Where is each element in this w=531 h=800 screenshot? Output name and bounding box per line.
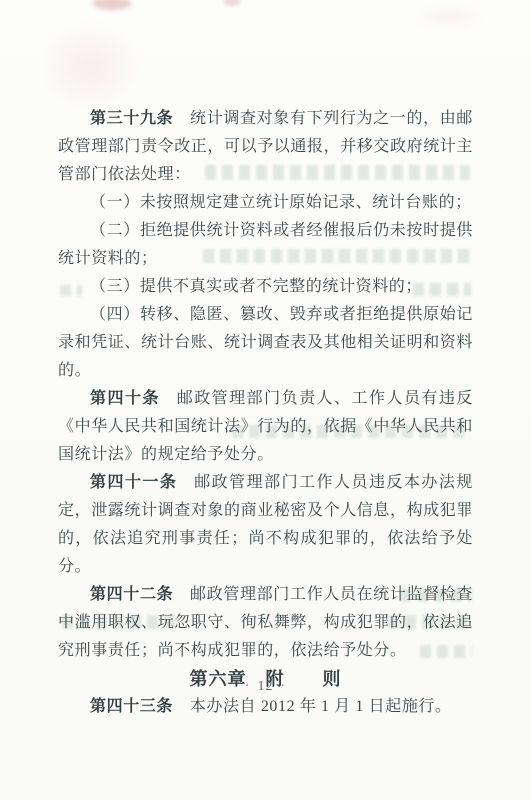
document-text-block: 第三十九条统计调查对象有下列行为之一的，由邮政管理部门责令改正，可以予以通报，并… xyxy=(58,105,473,721)
scan-smudge xyxy=(415,4,483,30)
article-43-text: 本办法自 2012 年 1 月 1 日起施行。 xyxy=(190,698,452,715)
scan-smudge xyxy=(93,0,131,10)
scanned-document-page: 第三十九条统计调查对象有下列行为之一的，由邮政管理部门责令改正，可以予以通报，并… xyxy=(0,0,531,800)
article-40-number: 第四十条 xyxy=(90,390,160,407)
page-number: 12 xyxy=(258,679,274,694)
article-41-number: 第四十一条 xyxy=(90,474,177,491)
article-39-item-1: （一）未按照规定建立统计原始记录、统计台账的； xyxy=(58,189,473,217)
article-43-paragraph: 第四十三条本办法自 2012 年 1 月 1 日起施行。 xyxy=(58,693,473,721)
scan-smudge xyxy=(38,22,142,110)
article-42-paragraph: 第四十二条邮政管理部门工作人员在统计监督检查中滥用职权、玩忽职守、徇私舞弊，构成… xyxy=(58,581,473,665)
article-43-number: 第四十三条 xyxy=(90,698,173,715)
page-footer: ·12· xyxy=(0,678,531,696)
scan-smudge xyxy=(224,0,240,6)
article-39-item-4: （四）转移、隐匿、篡改、毁弃或者拒绝提供原始记录和凭证、统计台账、统计调查表及其… xyxy=(58,301,473,385)
article-39-item-2: （二）拒绝提供统计资料或者经催报后仍未按时提供统计资料的； xyxy=(58,217,473,273)
footer-right-dot: · xyxy=(281,679,287,694)
article-40-paragraph: 第四十条邮政管理部门负责人、工作人员有违反《中华人民共和国统计法》行为的，依据《… xyxy=(58,385,473,469)
footer-left-dot: · xyxy=(245,679,251,694)
article-39-paragraph: 第三十九条统计调查对象有下列行为之一的，由邮政管理部门责令改正，可以予以通报，并… xyxy=(58,105,473,189)
article-42-number: 第四十二条 xyxy=(90,586,173,603)
article-39-item-3: （三）提供不真实或者不完整的统计资料的； xyxy=(58,273,473,301)
article-39-number: 第三十九条 xyxy=(90,110,173,127)
article-41-paragraph: 第四十一条邮政管理部门工作人员违反本办法规定，泄露统计调查对象的商业秘密及个人信… xyxy=(58,469,473,581)
